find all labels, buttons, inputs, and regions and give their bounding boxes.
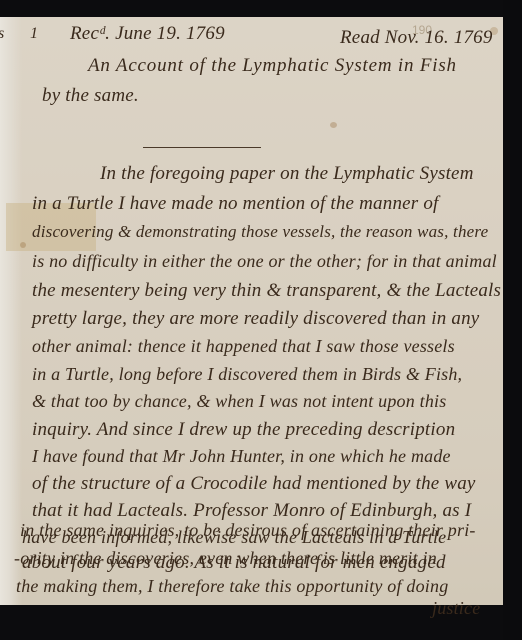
- document-title: An Account of the Lymphatic System in Fi…: [88, 55, 457, 77]
- body-line: about four years ago. As it is natural f…: [22, 552, 446, 574]
- body-line: pretty large, they are more readily disc…: [32, 308, 479, 330]
- body-line: other animal: thence it happened that I …: [32, 336, 455, 357]
- title-divider: [143, 147, 261, 148]
- edge-fragment: s: [0, 25, 4, 43]
- manuscript-page: s 1 190 Recᵈ. June 19. 1769 Read Nov. 16…: [0, 17, 503, 605]
- margin-mark: 1: [30, 25, 38, 43]
- body-line: discovering & demonstrating those vessel…: [32, 222, 488, 242]
- ink-stain: [330, 122, 337, 128]
- body-line: the mesentery being very thin & transpar…: [32, 280, 501, 302]
- body-line: that it had Lacteals. Professor Monro of…: [32, 500, 471, 522]
- scan-background-edge: [503, 0, 522, 640]
- body-line: in a Turtle I have made no mention of th…: [32, 193, 439, 215]
- body-line: is no difficulty in either the one or th…: [32, 251, 497, 272]
- received-date: Recᵈ. June 19. 1769: [70, 23, 225, 45]
- byline: by the same.: [42, 85, 139, 107]
- ink-stain: [20, 242, 26, 248]
- body-line: In the foregoing paper on the Lymphatic …: [100, 163, 474, 185]
- body-line: in a Turtle, long before I discovered th…: [32, 364, 462, 385]
- read-date: Read Nov. 16. 1769: [340, 27, 493, 49]
- body-line: inquiry. And since I drew up the precedi…: [32, 419, 455, 441]
- body-line: of the structure of a Crocodile had ment…: [32, 473, 476, 495]
- body-line: have been informed, likewise saw the Lac…: [22, 527, 446, 548]
- body-line: & that too by chance, & when I was not i…: [32, 391, 446, 412]
- body-line: I have found that Mr John Hunter, in one…: [32, 446, 451, 467]
